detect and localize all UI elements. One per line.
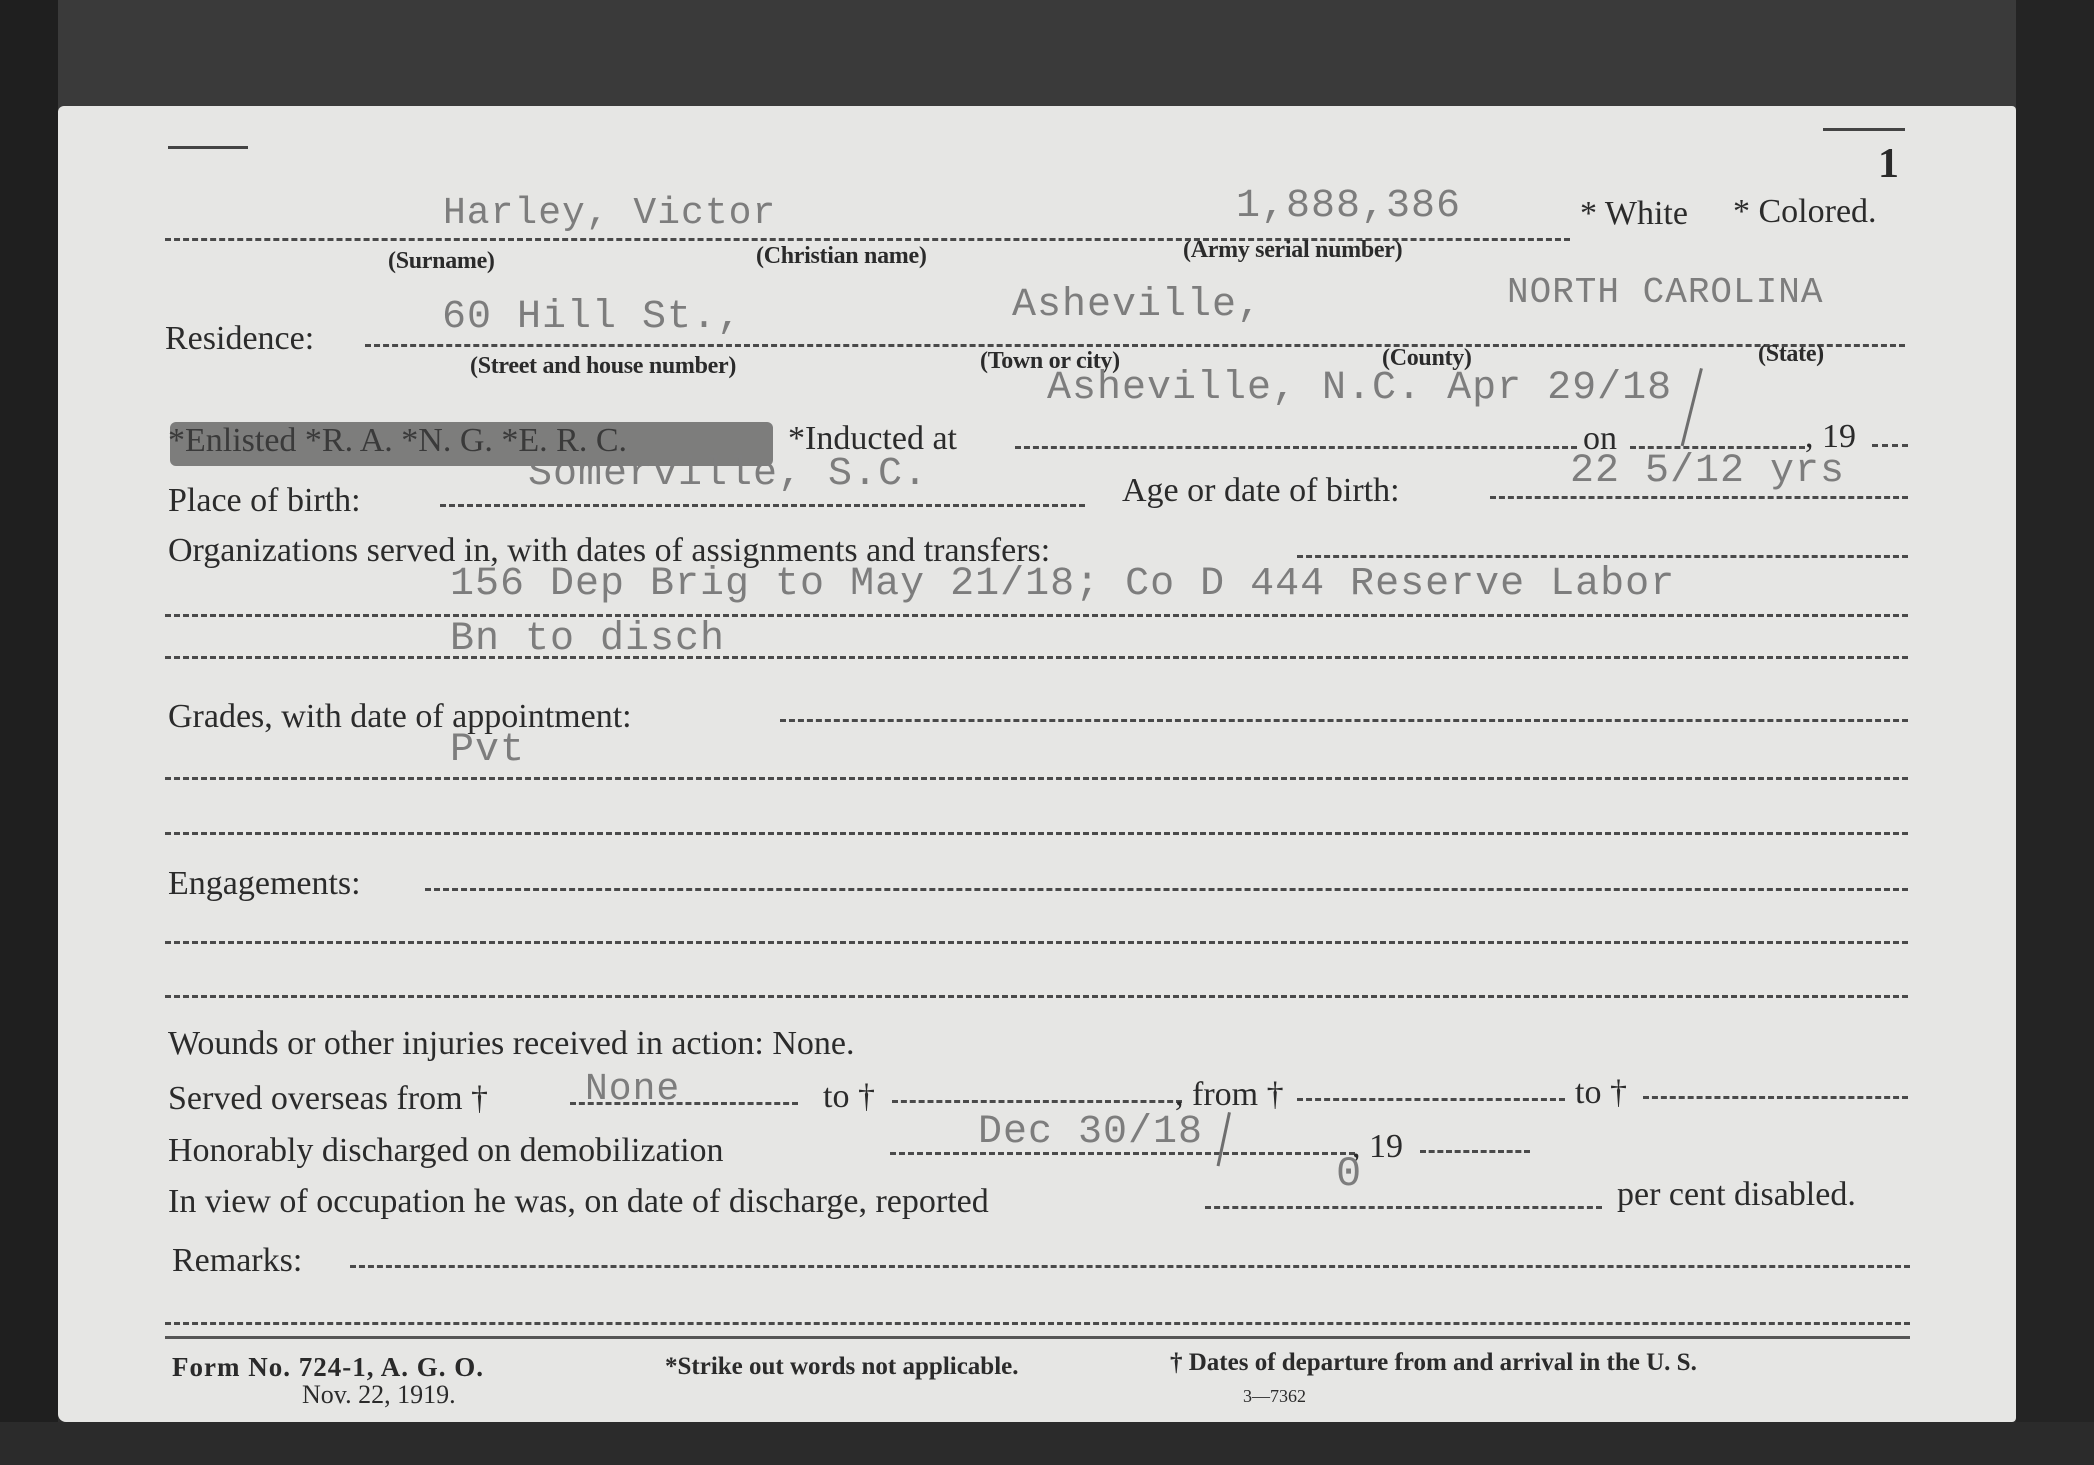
age-line: [1490, 496, 1908, 499]
wounds-label: Wounds or other injuries received in act…: [168, 1025, 855, 1063]
discharge-value: Dec 30/18: [978, 1110, 1203, 1155]
birthplace-value: Somerville, S.C.: [528, 452, 928, 497]
organizations-line-1-value: 156 Dep Brig to May 21/18; Co D 444 Rese…: [450, 562, 1675, 607]
surname-label: (Surname): [388, 248, 495, 275]
birthplace-label: Place of birth:: [168, 482, 361, 520]
discharge-year-line: [1420, 1150, 1530, 1153]
remarks-line-1: [165, 1322, 1910, 1325]
residence-town: Asheville,: [1012, 283, 1262, 328]
serial-value: 1,888,386: [1236, 184, 1461, 229]
scanner-background-right: [2016, 0, 2094, 1465]
age-label: Age or date of birth:: [1122, 472, 1400, 510]
inducted-year-line: [1872, 444, 1908, 447]
name-value: Harley, Victor: [443, 192, 776, 235]
overseas-to-line: [892, 1100, 1182, 1103]
engagements-line-2: [165, 995, 1908, 998]
overseas-second-from-label: , from †: [1175, 1076, 1284, 1114]
street-label: (Street and house number): [470, 353, 736, 380]
grades-label: Grades, with date of appointment:: [168, 698, 632, 736]
organizations-line-0: [1297, 555, 1908, 558]
form-date: Nov. 22, 1919.: [302, 1380, 456, 1410]
scanner-background-left: [0, 0, 58, 1465]
grades-line-0: [780, 719, 1908, 722]
overseas-second-to-label: to †: [1575, 1074, 1627, 1112]
top-left-rule: [168, 146, 248, 149]
race-colored: * Colored.: [1733, 193, 1877, 231]
scanner-background-bottom: [0, 1422, 2094, 1465]
top-right-rule: [1823, 128, 1905, 131]
residence-street: 60 Hill St.,: [442, 295, 742, 340]
state-label: (State): [1758, 341, 1824, 368]
engagements-line-0: [425, 888, 1908, 891]
residence-state: NORTH CAROLINA: [1507, 272, 1823, 313]
scanner-background-top: [0, 0, 2094, 110]
race-white: * White: [1580, 195, 1688, 233]
remarks-label: Remarks:: [172, 1242, 302, 1280]
strike-out-note: *Strike out words not applicable.: [665, 1353, 1019, 1381]
engagements-label: Engagements:: [168, 865, 361, 903]
overseas-from-line: [570, 1102, 798, 1105]
grades-line-2: [165, 832, 1908, 835]
footer-rule: [165, 1336, 1910, 1339]
serial-label: (Army serial number): [1183, 237, 1402, 264]
print-code: 3—7362: [1243, 1386, 1306, 1407]
birthplace-line: [440, 504, 1085, 507]
discharge-label: Honorably discharged on demobilization: [168, 1132, 724, 1170]
organizations-line-2: [165, 656, 1908, 659]
overseas-label: Served overseas from †: [168, 1080, 488, 1118]
overseas-second-to-line: [1643, 1096, 1908, 1099]
residence-label: Residence:: [165, 320, 314, 358]
discharge-line: [890, 1152, 1355, 1155]
organizations-line-1: [165, 614, 1908, 617]
dagger-note: † Dates of departure from and arrival in…: [1170, 1349, 1697, 1377]
page-number: 1: [1878, 140, 1899, 188]
engagements-line-1: [165, 941, 1908, 944]
residence-line: [365, 344, 1905, 347]
inducted-line: [1015, 446, 1577, 449]
overseas-to-label: to †: [823, 1078, 875, 1116]
christian-name-label: (Christian name): [756, 243, 927, 270]
disability-label: In view of occupation he was, on date of…: [168, 1183, 989, 1221]
disability-line: [1205, 1206, 1602, 1209]
remarks-line-0: [350, 1265, 1910, 1268]
form-number: Form No. 724-1, A. G. O.: [172, 1352, 484, 1383]
grades-value: Pvt: [450, 728, 525, 773]
disability-suffix: per cent disabled.: [1617, 1176, 1856, 1214]
disability-value: 0: [1336, 1150, 1362, 1198]
age-value: 22 5/12 yrs: [1570, 449, 1845, 494]
overseas-second-from-line: [1297, 1098, 1565, 1101]
inducted-value: Asheville, N.C. Apr 29/18: [1047, 366, 1672, 411]
grades-line-1: [165, 777, 1908, 780]
